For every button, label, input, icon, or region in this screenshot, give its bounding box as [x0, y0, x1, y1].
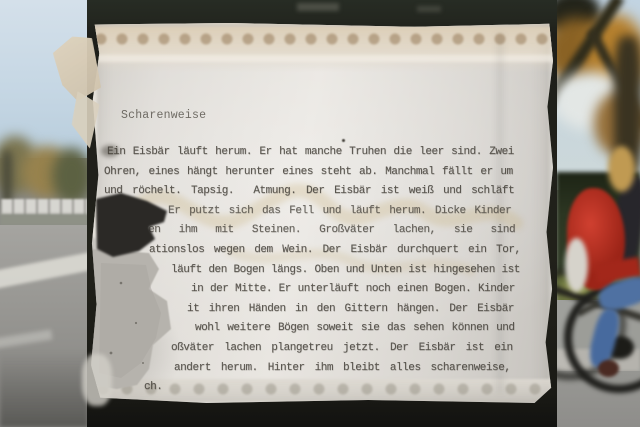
backpack-highlight — [565, 238, 588, 292]
guardrail — [0, 199, 88, 215]
cyclist-head — [608, 146, 635, 192]
tree-blob — [52, 148, 88, 204]
poster-paper: Scharenweise Ein Eisbär läuft herum. Er … — [91, 23, 553, 403]
torn-area — [91, 23, 553, 403]
pole-scuff — [297, 3, 339, 11]
cyclist-shoe — [598, 360, 619, 377]
torn-hole — [96, 193, 167, 257]
photo-scene: Scharenweise Ein Eisbär läuft herum. Er … — [0, 0, 640, 427]
pole-base-patch — [82, 354, 112, 406]
road-shadow — [0, 350, 88, 427]
pole-scuff — [417, 6, 441, 12]
street-background-right — [556, 0, 640, 427]
